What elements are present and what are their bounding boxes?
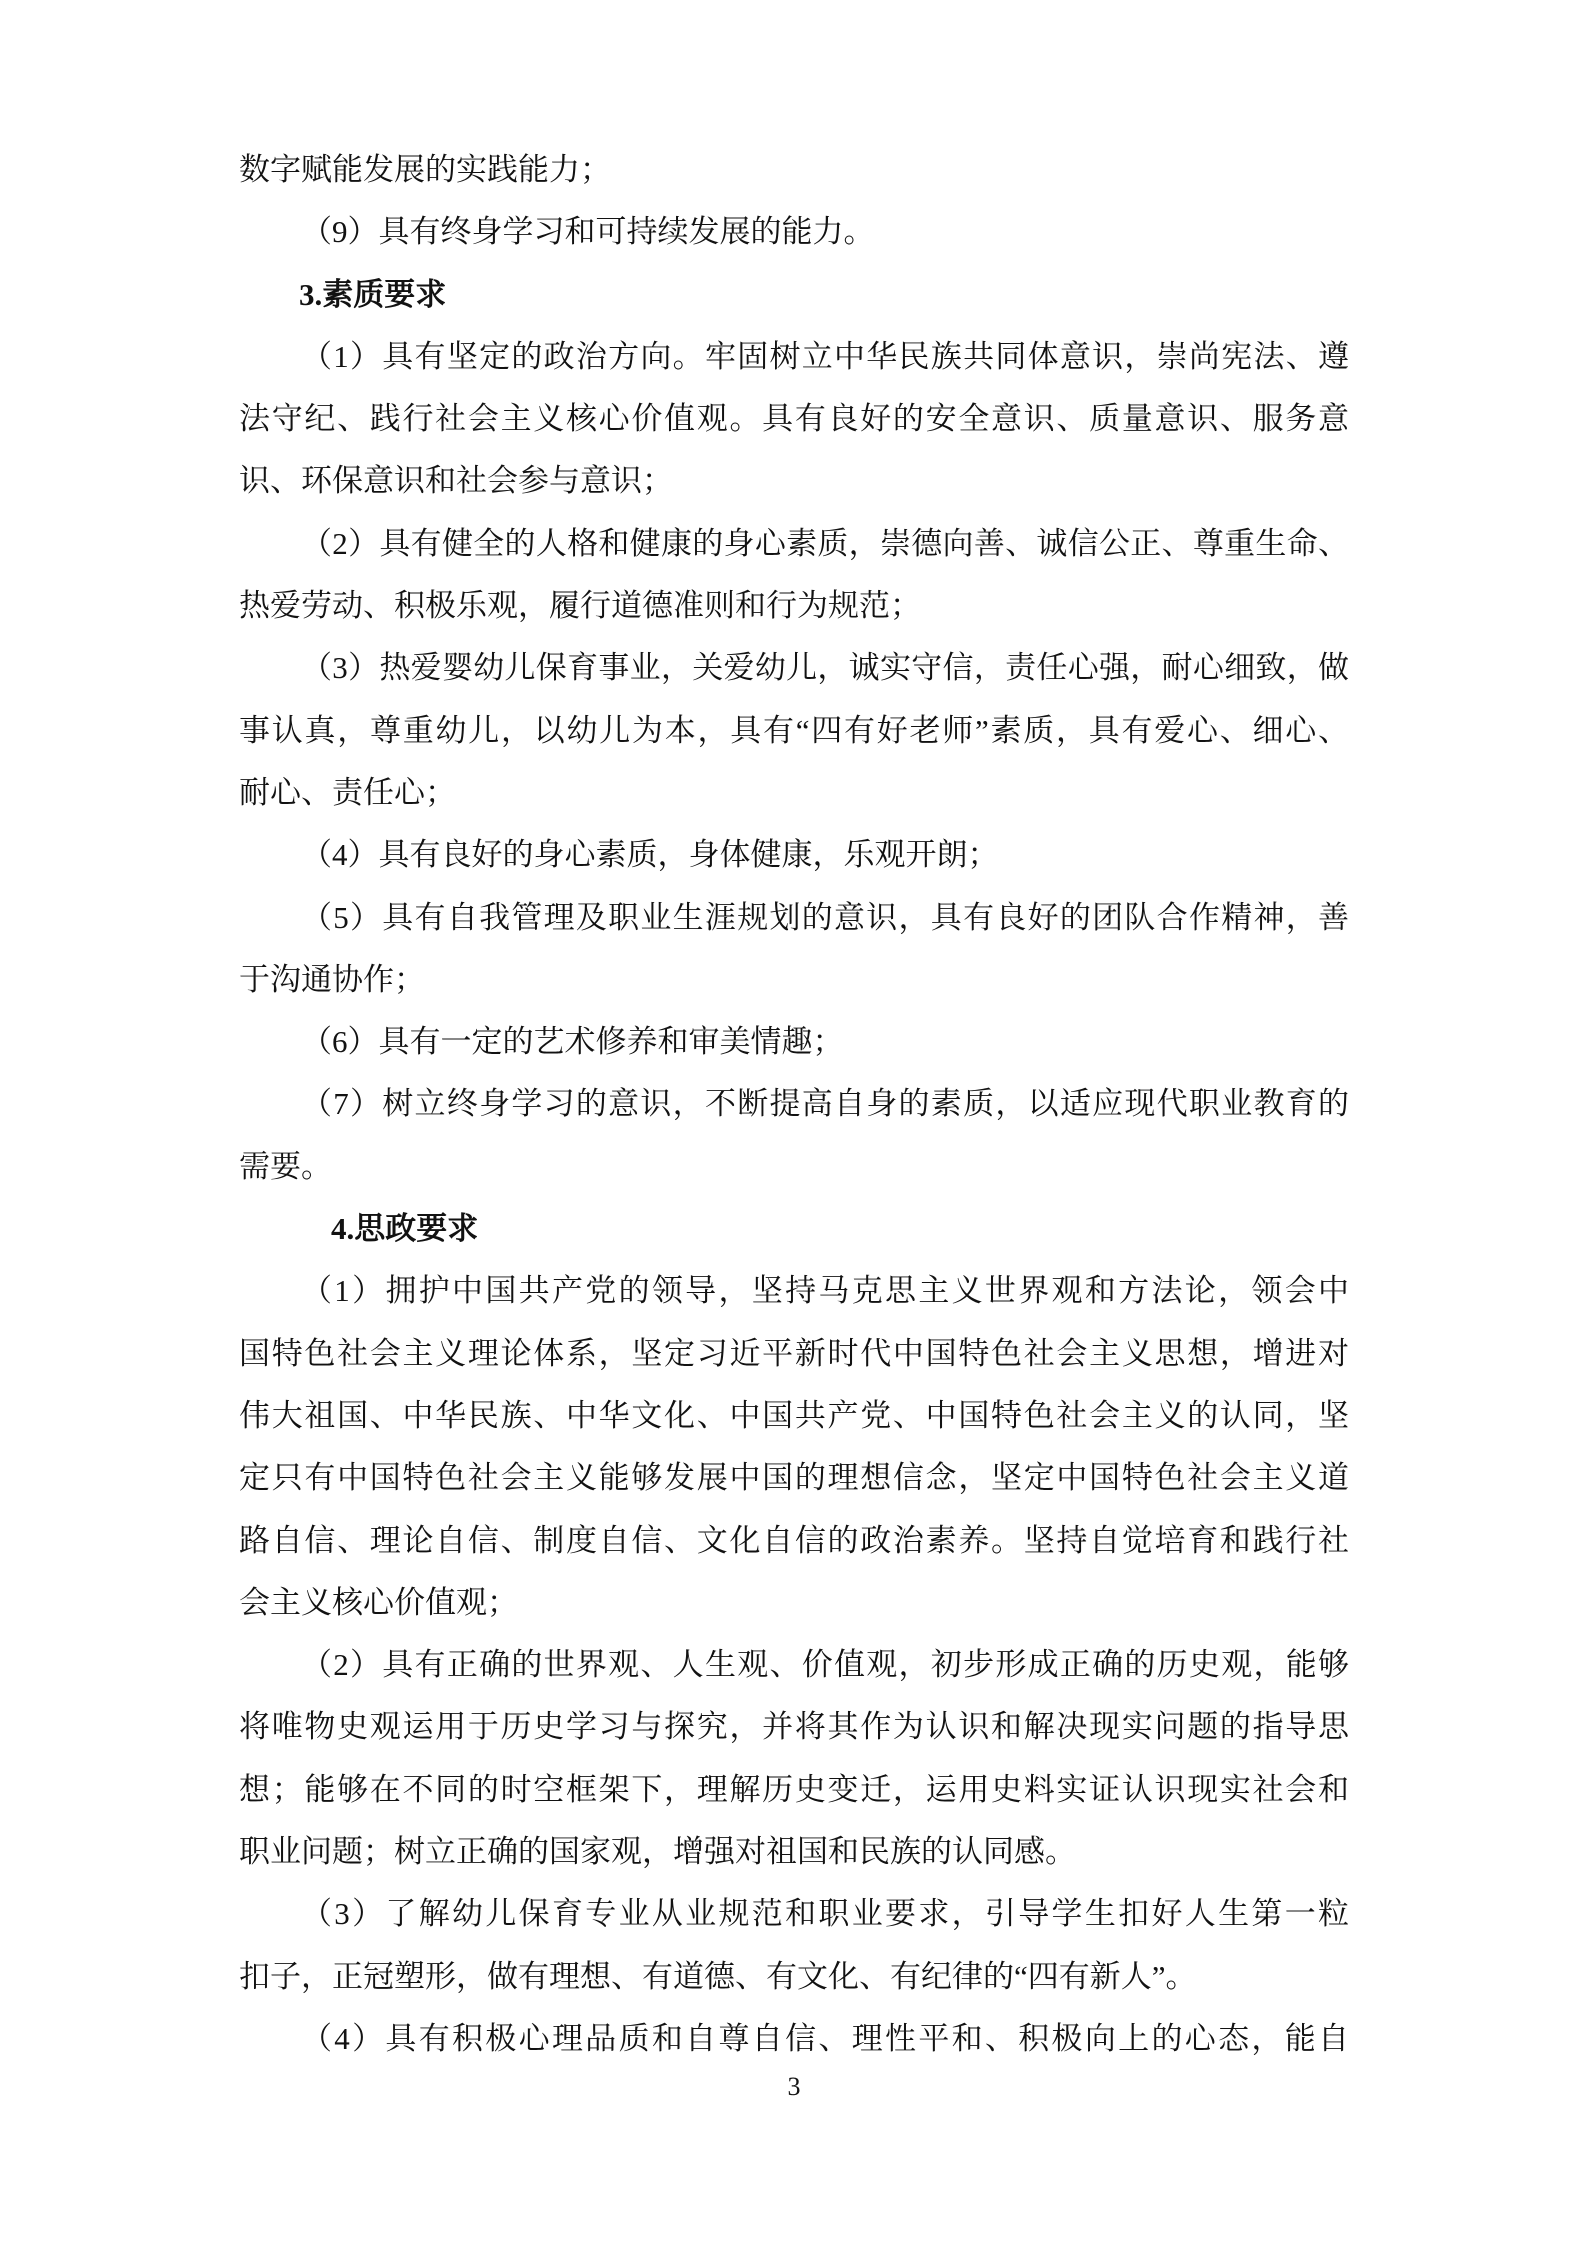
document-page: { "page": { "number": "3" }, "colors": {… [0, 0, 1588, 2245]
text-line: 国特色社会主义理论体系，坚定习近平新时代中国特色社会主义思想，增进对 [239, 1323, 1349, 1385]
text-line: （5）具有自我管理及职业生涯规划的意识，具有良好的团队合作精神，善 [239, 887, 1349, 949]
body-text: 数字赋能发展的实践能力； （9）具有终身学习和可持续发展的能力。 3.素质要求 … [239, 139, 1349, 2070]
text-line: 将唯物史观运用于历史学习与探究，并将其作为认识和解决现实问题的指导思 [239, 1696, 1349, 1758]
text-line: （3）热爱婴幼儿保育事业，关爱幼儿，诚实守信，责任心强，耐心细致，做 [239, 637, 1349, 699]
text-line: （2）具有健全的人格和健康的身心素质，崇德向善、诚信公正、尊重生命、 [239, 513, 1349, 575]
text-line: （9）具有终身学习和可持续发展的能力。 [239, 201, 1349, 263]
text-line: 路自信、理论自信、制度自信、文化自信的政治素养。坚持自觉培育和践行社 [239, 1510, 1349, 1572]
text-line: 事认真，尊重幼儿，以幼儿为本，具有“四有好老师”素质，具有爱心、细心、 [239, 700, 1349, 762]
text-line: 伟大祖国、中华民族、中华文化、中国共产党、中国特色社会主义的认同，坚 [239, 1385, 1349, 1447]
page-number: 3 [0, 2070, 1588, 2104]
text-line: 法守纪、践行社会主义核心价值观。具有良好的安全意识、质量意识、服务意 [239, 388, 1349, 450]
text-line: （2）具有正确的世界观、人生观、价值观，初步形成正确的历史观，能够 [239, 1634, 1349, 1696]
text-line: （6）具有一定的艺术修养和审美情趣； [239, 1011, 1349, 1073]
text-line: （7）树立终身学习的意识，不断提高自身的素质，以适应现代职业教育的 [239, 1073, 1349, 1135]
text-line: （1）拥护中国共产党的领导，坚持马克思主义世界观和方法论，领会中 [239, 1260, 1349, 1322]
text-line: 扣子，正冠塑形，做有理想、有道德、有文化、有纪律的“四有新人”。 [239, 1946, 1349, 2008]
text-line: 于沟通协作； [239, 949, 1349, 1011]
text-line: （1）具有坚定的政治方向。牢固树立中华民族共同体意识，崇尚宪法、遵 [239, 326, 1349, 388]
text-line: 数字赋能发展的实践能力； [239, 139, 1349, 201]
section-heading-3: 3.素质要求 [239, 264, 1349, 326]
text-line: 想；能够在不同的时空框架下，理解历史变迁，运用史料实证认识现实社会和 [239, 1759, 1349, 1821]
text-line: 耐心、责任心； [239, 762, 1349, 824]
text-line: （3）了解幼儿保育专业从业规范和职业要求，引导学生扣好人生第一粒 [239, 1883, 1349, 1945]
text-line: 职业问题；树立正确的国家观，增强对祖国和民族的认同感。 [239, 1821, 1349, 1883]
text-line: 需要。 [239, 1136, 1349, 1198]
text-line: 热爱劳动、积极乐观，履行道德准则和行为规范； [239, 575, 1349, 637]
text-line: 识、环保意识和社会参与意识； [239, 450, 1349, 512]
text-line: （4）具有良好的身心素质，身体健康，乐观开朗； [239, 824, 1349, 886]
text-line: 定只有中国特色社会主义能够发展中国的理想信念，坚定中国特色社会主义道 [239, 1447, 1349, 1509]
text-line: （4）具有积极心理品质和自尊自信、理性平和、积极向上的心态，能自 [239, 2008, 1349, 2070]
text-line: 会主义核心价值观； [239, 1572, 1349, 1634]
section-heading-4: 4.思政要求 [239, 1198, 1349, 1260]
